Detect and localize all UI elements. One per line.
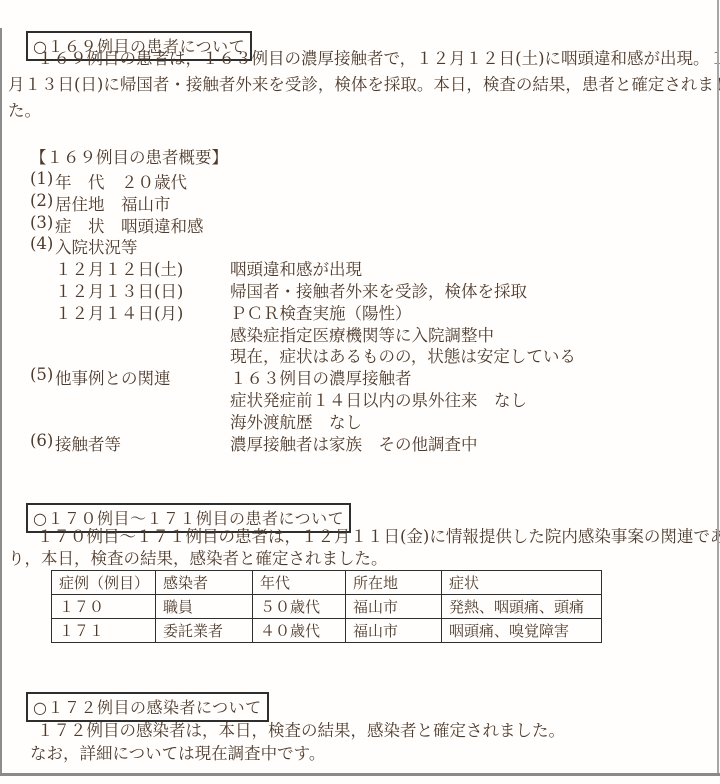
table-header-cell: 症例（例目） bbox=[52, 571, 156, 595]
case-172-summary-line: １７２例目の感染者は，本日，検査の結果，感染者と確定されました。 bbox=[37, 717, 565, 741]
case-172-note-line: なお，詳細については現在調査中です。 bbox=[30, 740, 325, 764]
table-header-cell: 症状 bbox=[442, 571, 602, 595]
overview-row: (1) 年 代 ２０歳代 bbox=[8, 167, 714, 189]
table-row: １７１ 委託業者 ４０歳代 福山市 咽頭痛、嗅覚障害 bbox=[52, 619, 602, 643]
table-header-cell: 感染者 bbox=[156, 571, 253, 595]
scan-border-right bbox=[717, 0, 719, 774]
item-number: (4) bbox=[30, 234, 53, 253]
table-cell: １７０ bbox=[52, 595, 156, 619]
scan-border-left bbox=[0, 28, 2, 774]
table-row: １７０ 職員 ５０歳代 福山市 発熱、咽頭痛、頭痛 bbox=[52, 595, 602, 619]
overview-row: 海外渡航歴 なし bbox=[8, 407, 714, 429]
item-label: 接触者等 bbox=[55, 431, 121, 455]
table-cell: 発熱、咽頭痛、頭痛 bbox=[442, 595, 602, 619]
paragraph-line: １７０例目～１７１例目の患者は，１２月１１日(金)に情報提供した院内感染事案の関… bbox=[8, 526, 714, 548]
paragraph-line: た。 bbox=[8, 98, 714, 124]
table-cell: １７１ bbox=[52, 619, 156, 643]
scanned-notice-document: ○１６９例目の患者について １６９例目の患者は，１６３例目の濃厚接触者で，１２月… bbox=[0, 0, 720, 784]
paragraph-line: １６９例目の患者は，１６３例目の濃厚接触者で，１２月１２日(土)に咽頭違和感が出… bbox=[8, 46, 714, 72]
table-header-cell: 所在地 bbox=[346, 571, 442, 595]
overview-row: 感染症指定医療機関等に入院調整中 bbox=[8, 320, 714, 342]
item-number: (6) bbox=[30, 431, 53, 450]
table-cell: ５０歳代 bbox=[253, 595, 346, 619]
cases-170-171-table: 症例（例目） 感染者 年代 所在地 症状 １７０ 職員 ５０歳代 福山市 発熱、… bbox=[51, 570, 602, 643]
table-cell: 咽頭痛、嗅覚障害 bbox=[442, 619, 602, 643]
overview-row: 症状発症前１４日以内の県外往来 なし bbox=[8, 385, 714, 407]
scan-border-bottom bbox=[0, 773, 720, 776]
item-number: (5) bbox=[30, 365, 53, 384]
cases-170-171-summary-paragraph: １７０例目～１７１例目の患者は，１２月１１日(金)に情報提供した院内感染事案の関… bbox=[8, 526, 714, 569]
case-169-overview-list: (1) 年 代 ２０歳代 (2) 居住地 福山市 (3) 症 状 咽頭違和感 (… bbox=[8, 167, 714, 450]
overview-row: １２月１２日(土) 咽頭違和感が出現 bbox=[8, 254, 714, 276]
overview-row: (5) 他事例との関連 １６３例目の濃厚接触者 bbox=[8, 363, 714, 385]
overview-row: (3) 症 状 咽頭違和感 bbox=[8, 211, 714, 233]
table-header-cell: 年代 bbox=[253, 571, 346, 595]
table-cell: 委託業者 bbox=[156, 619, 253, 643]
item-number: (2) bbox=[30, 191, 53, 210]
table-cell: 福山市 bbox=[346, 595, 442, 619]
case-169-summary-paragraph: １６９例目の患者は，１６３例目の濃厚接触者で，１２月１２日(土)に咽頭違和感が出… bbox=[8, 46, 714, 124]
overview-row: １２月１３日(日) 帰国者・接触者外来を受診，検体を採取 bbox=[8, 276, 714, 298]
item-number: (3) bbox=[30, 213, 53, 232]
overview-row: 現在，症状はあるものの，状態は安定している bbox=[8, 341, 714, 363]
overview-row: (2) 居住地 福山市 bbox=[8, 189, 714, 211]
overview-row: (6) 接触者等 濃厚接触者は家族 その他調査中 bbox=[8, 429, 714, 451]
paragraph-line: 月１３日(日)に帰国者・接触者外来を受診，検体を採取。本日，検査の結果，患者と確… bbox=[8, 72, 714, 98]
overview-row: (4) 入院状況等 bbox=[8, 232, 714, 254]
table-cell: 福山市 bbox=[346, 619, 442, 643]
table-header-row: 症例（例目） 感染者 年代 所在地 症状 bbox=[52, 571, 602, 595]
table-cell: ４０歳代 bbox=[253, 619, 346, 643]
item-number: (1) bbox=[30, 169, 53, 188]
paragraph-line: り，本日，検査の結果，感染者と確定されました。 bbox=[8, 548, 714, 570]
overview-row: １２月１４日(月) ＰＣＲ検査実施（陽性） bbox=[8, 298, 714, 320]
case-169-overview-heading: 【１６９例目の患者概要】 bbox=[30, 144, 228, 168]
table-cell: 職員 bbox=[156, 595, 253, 619]
item-description: 濃厚接触者は家族 その他調査中 bbox=[230, 431, 478, 455]
